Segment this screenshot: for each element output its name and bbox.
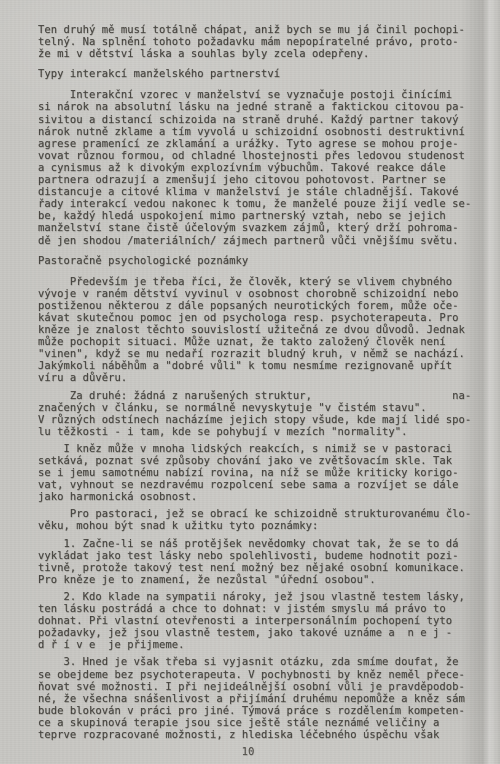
- list-item-1: 1. Začne-li se náš protějšek nevědomky c…: [38, 538, 474, 586]
- paragraph-interakcni-vzorec: Interakční vzorec v manželství se vyznač…: [38, 89, 474, 246]
- section-heading-pastoracne-psychologicke-poznamky: Pastoračně psychologické poznámky: [38, 255, 474, 267]
- paragraph-intro: Ten druhý mě musí totálně chápat, aniž b…: [38, 24, 474, 60]
- section-heading-typy-interakci: Typy interakcí manželského partnerství: [38, 68, 474, 80]
- paragraph-pro-pastoraci: Pro pastoraci, jež se obrací ke schizoid…: [38, 508, 474, 532]
- scanned-page: Ten druhý mě musí totálně chápat, aniž b…: [0, 0, 500, 764]
- list-item-3: 3. Hned je však třeba si vyjasnit otázku…: [38, 656, 474, 741]
- paragraph-predevsim: Především je třeba říci, že člověk, kter…: [38, 276, 474, 385]
- paragraph-za-druhe: Za druhé: žádná z narušených struktur, n…: [38, 390, 474, 438]
- paragraph-i-knez: I kněz může v mnoha lidských reakcích, s…: [38, 443, 474, 503]
- list-item-2: 2. Kdo klade na sympatii nároky, jež jso…: [38, 591, 474, 651]
- page-number: 10: [38, 746, 458, 758]
